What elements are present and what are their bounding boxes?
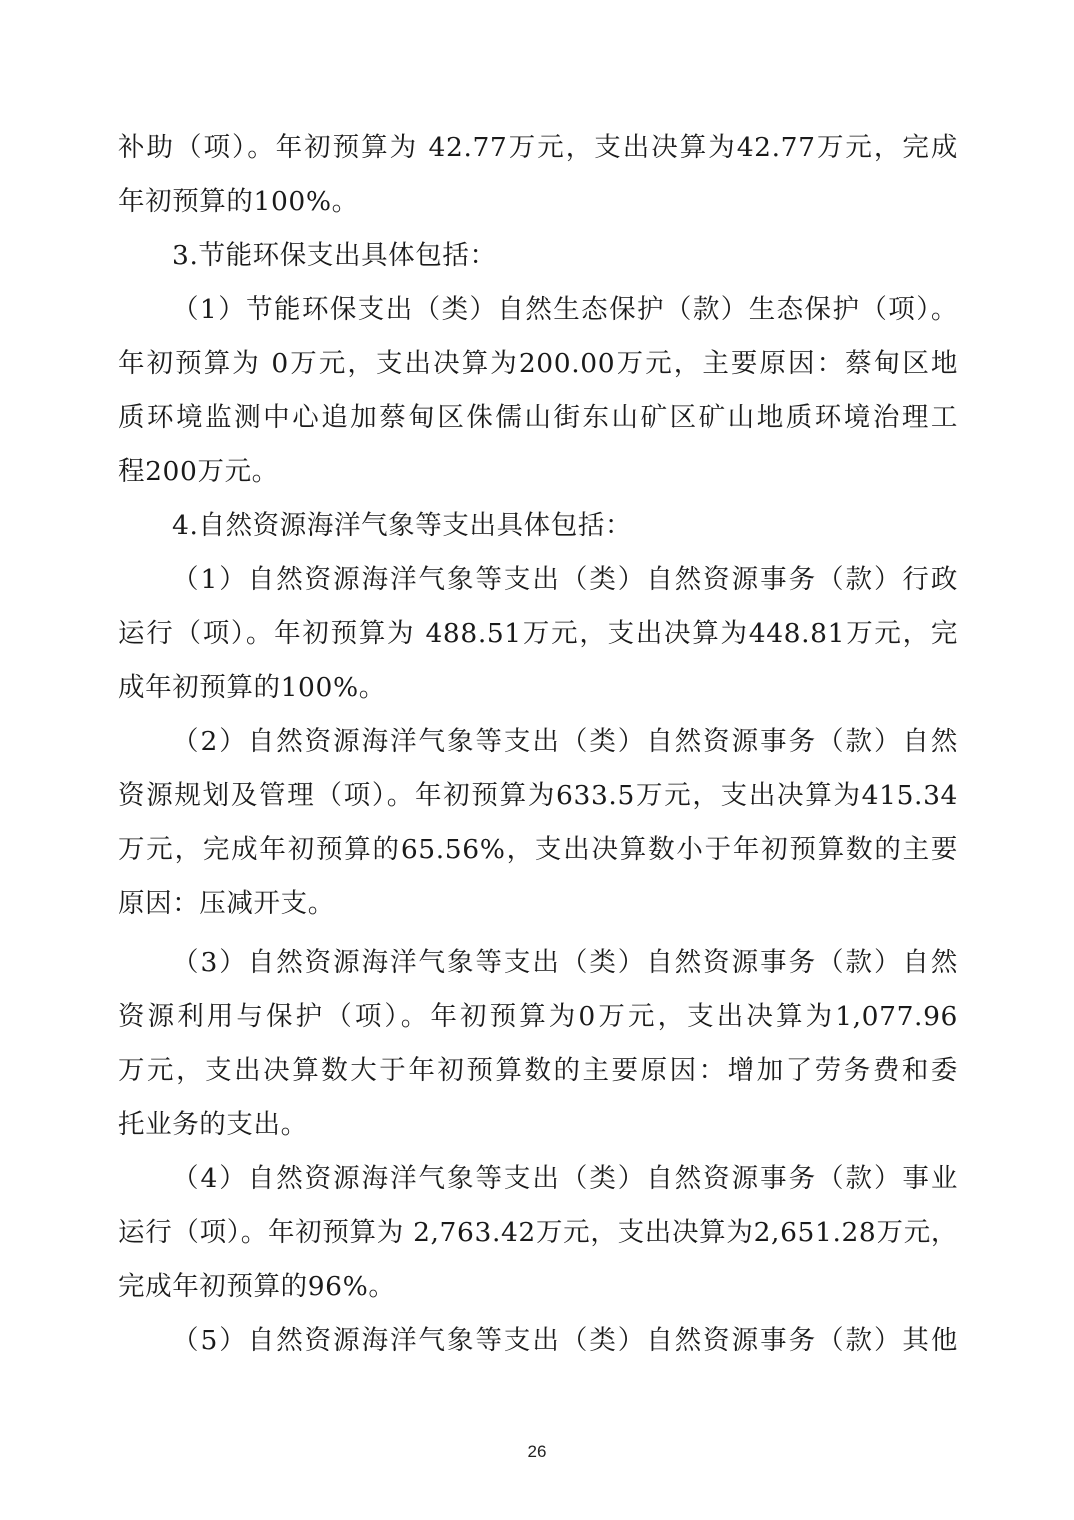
body-text-line: （1）自然资源海洋气象等支出（类）自然资源事务（款）行政	[172, 562, 958, 598]
body-text-line: 原因：压减开支。	[118, 886, 958, 922]
body-text-line: （2）自然资源海洋气象等支出（类）自然资源事务（款）自然	[172, 724, 958, 760]
body-text-line: （3）自然资源海洋气象等支出（类）自然资源事务（款）自然	[172, 945, 958, 981]
body-text-line: 万元，支出决算数大于年初预算数的主要原因：增加了劳务费和委	[118, 1053, 958, 1089]
body-text-line: 万元，完成年初预算的65.56%，支出决算数小于年初预算数的主要	[118, 832, 958, 868]
body-text-line: （1）节能环保支出（类）自然生态保护（款）生态保护（项）。	[172, 292, 958, 328]
document-page: 补助（项）。年初预算为 42.77万元，支出决算为42.77万元，完成 年初预算…	[0, 0, 1074, 1520]
body-text-line: 托业务的支出。	[118, 1107, 958, 1143]
page-number: 26	[0, 1442, 1074, 1462]
body-text-line: 资源规划及管理（项）。年初预算为633.5万元，支出决算为415.34	[118, 778, 958, 814]
body-text-line: 资源利用与保护（项）。年初预算为0万元，支出决算为1,077.96	[118, 999, 958, 1035]
body-text-line: 年初预算的100%。	[118, 184, 958, 220]
body-text-line: 运行（项）。年初预算为 2,763.42万元，支出决算为2,651.28万元，	[118, 1215, 958, 1251]
body-text-line: 年初预算为 0万元，支出决算为200.00万元，主要原因：蔡甸区地	[118, 346, 958, 382]
body-text-line: 程200万元。	[118, 454, 958, 490]
section-heading-energy-environment: 3.节能环保支出具体包括：	[172, 238, 958, 274]
body-text-line: 运行（项）。年初预算为 488.51万元，支出决算为448.81万元，完	[118, 616, 958, 652]
body-text-line: （5）自然资源海洋气象等支出（类）自然资源事务（款）其他	[172, 1323, 958, 1359]
body-text-line: 成年初预算的100%。	[118, 670, 958, 706]
body-text-line: （4）自然资源海洋气象等支出（类）自然资源事务（款）事业	[172, 1161, 958, 1197]
body-text-line: 完成年初预算的96%。	[118, 1269, 958, 1305]
body-text-line: 补助（项）。年初预算为 42.77万元，支出决算为42.77万元，完成	[118, 130, 958, 166]
body-text-line: 质环境监测中心追加蔡甸区侏儒山街东山矿区矿山地质环境治理工	[118, 400, 958, 436]
section-heading-natural-resources: 4.自然资源海洋气象等支出具体包括：	[172, 508, 958, 544]
